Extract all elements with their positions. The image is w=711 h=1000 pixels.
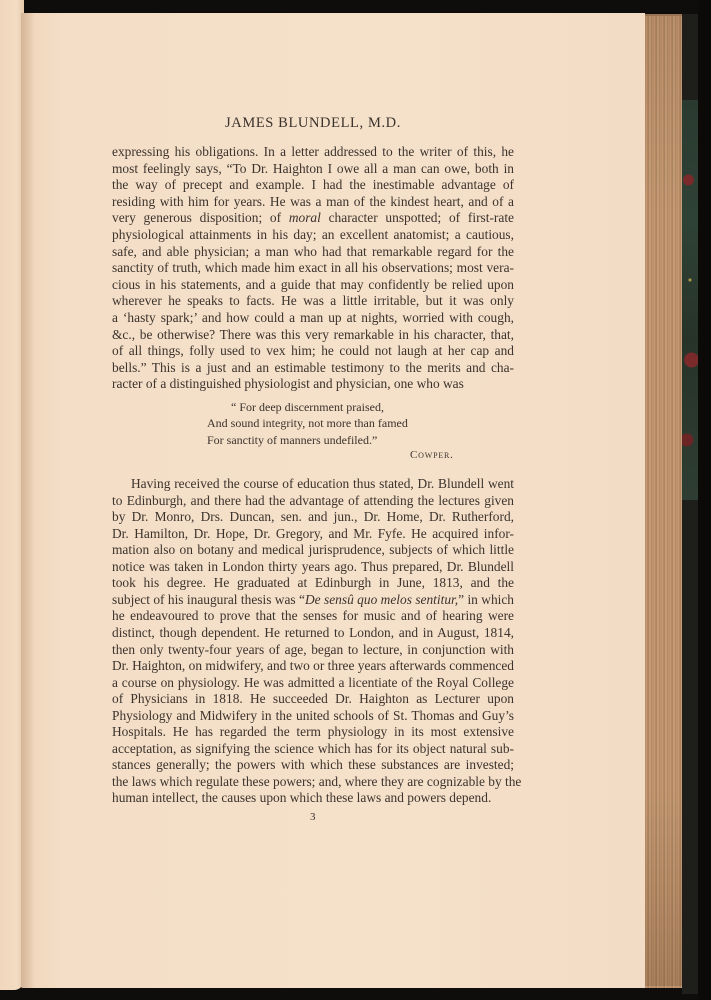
poem-line: And sound integrity, not more than famed	[207, 415, 408, 431]
text-line: acceptation, as signifying the science w…	[112, 740, 514, 757]
poem-line: “ For deep discernment praised,	[231, 399, 384, 415]
text-line: stances generally; the powers with which…	[112, 756, 514, 773]
text-line: to Edinburgh, and there had the advantag…	[112, 492, 514, 509]
text-line: a ‘hasty spark;’ and how could a man up …	[112, 309, 514, 326]
text-line: racter of a distinguished physiologist a…	[112, 375, 514, 392]
text-line: the way of precept and example. I had th…	[112, 176, 514, 193]
text-line: expressing his obligations. In a letter …	[112, 143, 514, 160]
text-line: subject of his inaugural thesis was “De …	[112, 591, 514, 608]
text-line: sanctity of truth, which made him exact …	[112, 259, 514, 276]
text-line: very generous disposition; of moral char…	[112, 209, 514, 226]
text-line: safe, and able physician; a man who had …	[112, 243, 514, 260]
text-line: &c., be otherwise? There was this very r…	[112, 326, 514, 343]
text-line: notice was taken in London thirty years …	[112, 558, 514, 575]
marbled-endpaper	[682, 100, 698, 500]
text-line: mation also on botany and medical jurisp…	[112, 541, 514, 558]
book-cover-edge	[698, 0, 711, 1000]
text-line: by Dr. Monro, Drs. Duncan, sen. and jun.…	[112, 508, 514, 525]
text-line: Physiology and Midwifery in the united s…	[112, 707, 514, 724]
text-line: residing with him for years. He was a ma…	[112, 193, 514, 210]
text-line: of Physicians in 1818. He succeeded Dr. …	[112, 690, 514, 707]
page-number: 3	[310, 811, 316, 823]
text-line: took his degree. He graduated at Edinbur…	[112, 574, 514, 591]
text-line: most feelingly says, “To Dr. Haighton I …	[112, 160, 514, 177]
page-edges-shading	[645, 14, 682, 986]
italic-text: moral	[289, 210, 321, 225]
gutter-shadow	[21, 13, 35, 988]
text-line: cious in his statements, and a guide tha…	[112, 276, 514, 293]
text-line: Dr. Hamilton, Dr. Hope, Dr. Gregory, and…	[112, 525, 514, 542]
text-line: Having received the course of education …	[131, 475, 514, 492]
running-head: JAMES BLUNDELL, M.D.	[112, 115, 514, 132]
text-line: Hospitals. He has regarded the term phys…	[112, 723, 514, 740]
text-line: distinct, though dependent. He returned …	[112, 624, 514, 641]
text-line: the laws which regulate these powers; an…	[112, 773, 514, 790]
text-line: Dr. Haighton, on midwifery, and two or t…	[112, 657, 514, 674]
poem-line: For sanctity of manners undefiled.”	[207, 432, 377, 448]
text-line: wherever he speaks to facts. He was a li…	[112, 292, 514, 309]
text-line: physiological attainments in his day; an…	[112, 226, 514, 243]
text-line: then only twenty-four years of age, bega…	[112, 641, 514, 658]
text-line: a course on physiology. He was admitted …	[112, 674, 514, 691]
text-line: he endeavoured to prove that the senses …	[112, 607, 514, 624]
italic-text: De sensû quo melos sentitur,	[305, 592, 458, 607]
poem-attribution: Cowper.	[410, 449, 454, 461]
text-line: human intellect, the causes upon which t…	[112, 789, 514, 806]
text-line: of all things, folly used to vex him; he…	[112, 342, 514, 359]
text-line: bells.” This is a just and an estimable …	[112, 359, 514, 376]
